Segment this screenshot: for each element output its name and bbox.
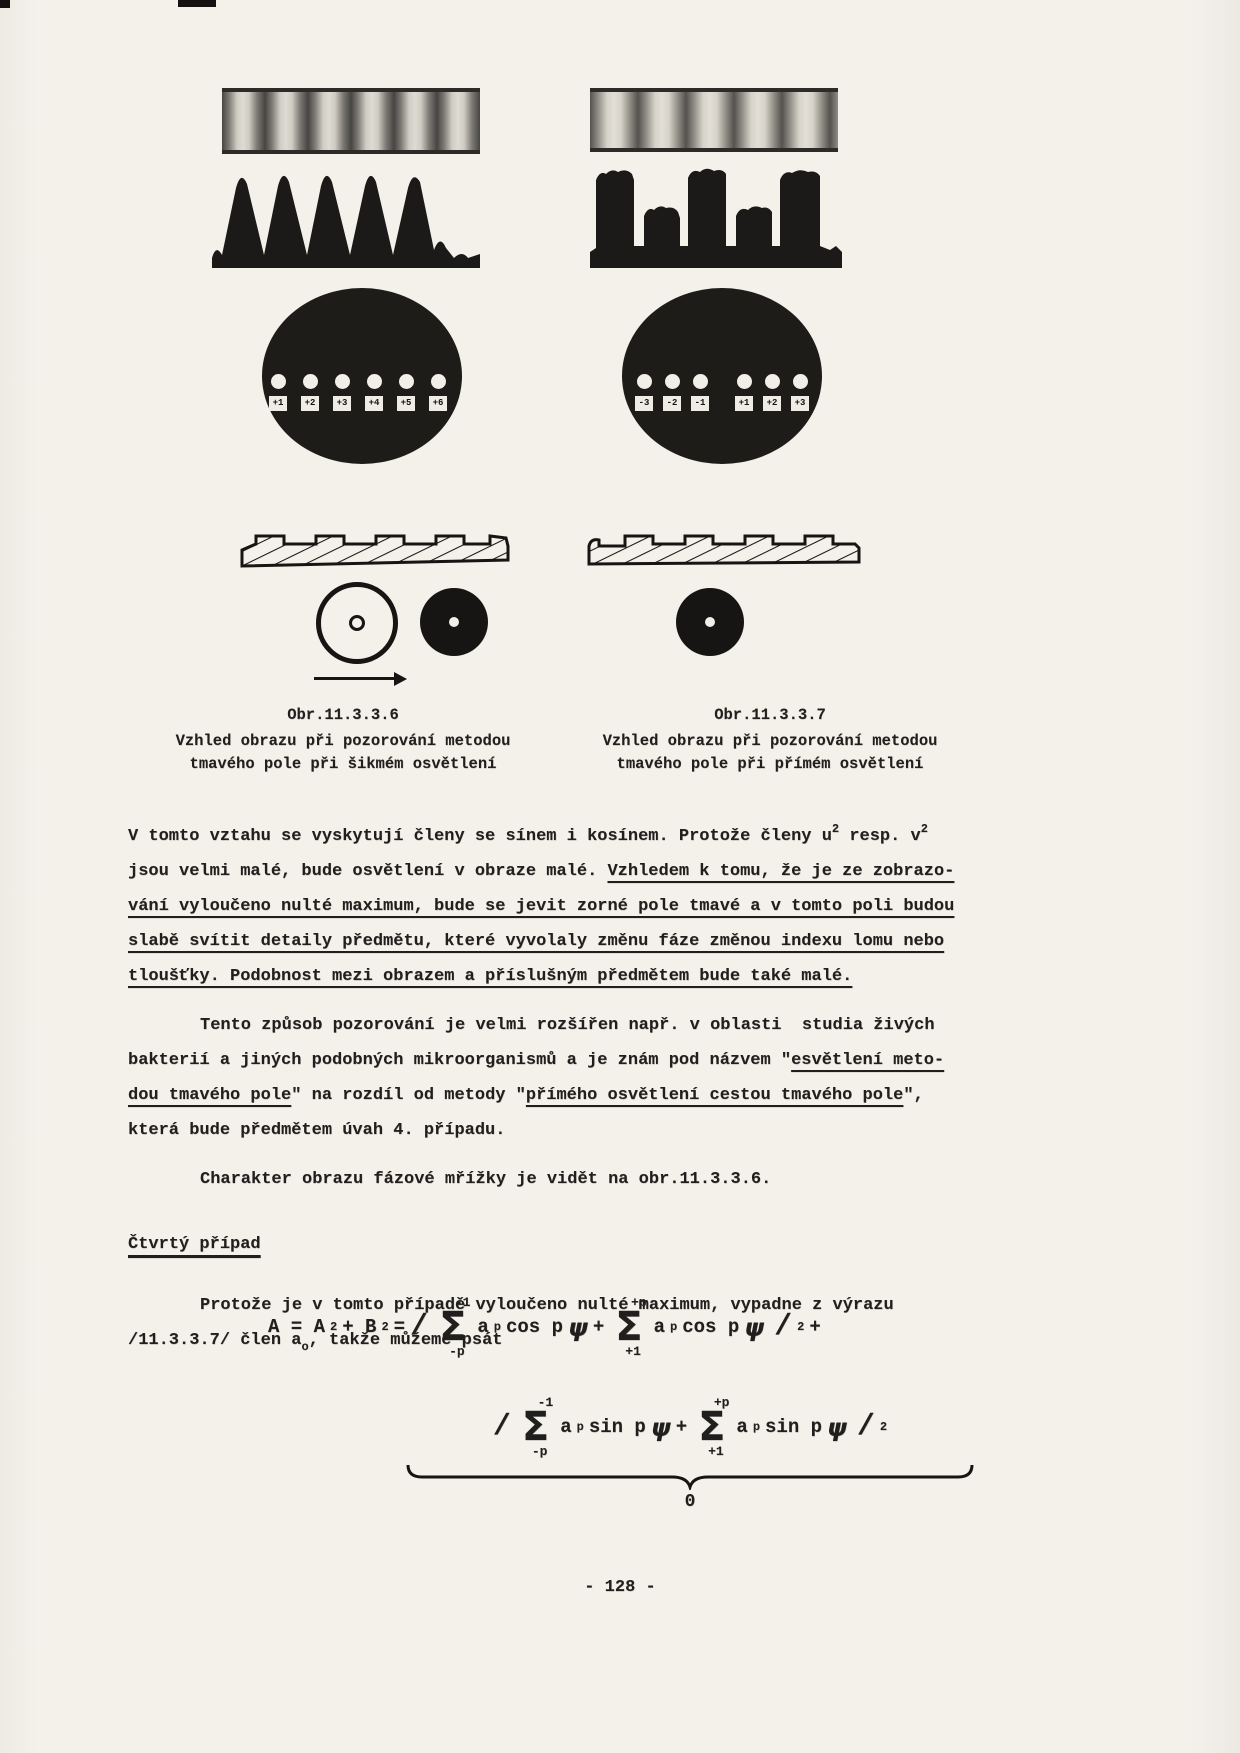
sigma-glyph: Σ [615,1310,642,1344]
diffraction-dot [693,374,708,389]
paragraph: Tento způsob pozorování je velmi rozšíře… [128,1008,978,1148]
diffraction-order-label: +5 [397,396,415,411]
psi-symbol: ψ [744,1313,764,1342]
dark-field-spot-right [676,588,744,656]
diffraction-order-label: -1 [691,396,709,411]
caption-line: Vzhled obrazu při pozorování metodou [560,730,980,753]
paragraph: V tomto vztahu se vyskytují členy se sín… [128,812,978,994]
text-segment: Vzhledem k tomu, že je ze zobrazo- [607,862,954,881]
bright-field-spot [316,582,398,664]
center-dot [705,617,715,627]
formula-superscript: 2 [330,1320,337,1334]
text-segment: resp. v [839,827,921,846]
formula-text: a [654,1316,665,1338]
formula-text: + [676,1416,687,1438]
diffraction-dot [367,374,382,389]
formula-text: A = A [268,1316,325,1338]
diffraction-dot [793,374,808,389]
page-number: - 128 - [0,1578,1240,1597]
text-line: V tomto vztahu se vyskytují členy se sín… [128,812,978,854]
summation-symbol: +pΣ+1 [615,1296,642,1358]
formula-subscript: p [577,1420,584,1434]
formula-superscript: 2 [880,1420,887,1434]
diffraction-order-label: +3 [791,396,809,411]
diffraction-order-label: +2 [301,396,319,411]
fringe-photo-band-right [590,88,838,152]
intensity-profile-left [212,158,480,268]
text-segment: přímého osvětlení cestou tmavého pole [526,1086,903,1105]
scanned-document-page: +1+2+3+4+5+6 Obr.11.3.3.6 Vzhled obrazu … [0,0,1240,1753]
section-heading: Čtvrtý případ [128,1227,978,1262]
delimiter-slash: / [493,1410,511,1444]
diffraction-dot [637,374,652,389]
formula-superscript: 2 [797,1320,804,1334]
formula-text: cos p [682,1316,739,1338]
psi-symbol: ψ [568,1313,588,1342]
scan-artifact [0,0,10,8]
summation-lower-limit: -p [449,1345,465,1358]
diffraction-dot [335,374,350,389]
diffraction-order-label: +3 [333,396,351,411]
sigma-glyph: Σ [698,1410,725,1444]
section-heading-text: Čtvrtý případ [128,1235,261,1254]
text-segment: slabě svítit detaily předmětu, které vyv… [128,932,944,951]
paragraph: Charakter obrazu fázové mřížky je vidět … [128,1162,978,1197]
underbrace-label: 0 [685,1492,696,1512]
text-segment: " na rozdíl od metody " [291,1086,526,1105]
delimiter-slash: / [410,1310,428,1344]
caption-line: tmavého pole při šikmém osvětlení [118,753,568,776]
right-arrow-icon [314,672,408,686]
formula-subscript: p [670,1320,677,1334]
formula-text: sin p [589,1416,646,1438]
diffraction-dot [737,374,752,389]
figure-caption-right: Obr.11.3.3.7 Vzhled obrazu při pozorován… [560,704,980,776]
diffraction-order-label: +6 [429,396,447,411]
caption-line: tmavého pole při přímém osvětlení [560,753,980,776]
intensity-profile-right [590,158,842,268]
diffraction-dot [399,374,414,389]
text-line: bakterií a jiných podobných mikroorganis… [128,1043,978,1078]
summation-lower-limit: +1 [625,1345,641,1358]
summation-symbol: +pΣ+1 [698,1396,725,1458]
psi-symbol: ψ [827,1413,847,1442]
text-line: která bude předmětem úvah 4. případu. [128,1113,978,1148]
body-text: V tomto vztahu se vyskytují členy se sín… [128,812,978,1379]
fringe-photo-band-left [222,88,480,154]
text-segment: bakterií a jiných podobných mikroorganis… [128,1051,791,1070]
formula-text: a [736,1416,747,1438]
text-segment: Tento způsob pozorování je velmi rozšíře… [200,1016,935,1035]
summation-lower-limit: +1 [708,1445,724,1458]
delimiter-slash: / [857,1410,875,1444]
diffraction-order-label: +4 [365,396,383,411]
text-segment: esvětlení meto- [791,1051,944,1070]
dark-field-spot-left [420,588,488,656]
text-line: Charakter obrazu fázové mřížky je vidět … [128,1162,978,1197]
phase-grating-profile-left [238,524,512,570]
diffraction-dot [271,374,286,389]
diffraction-order-label: -2 [663,396,681,411]
underbrace-icon [400,1462,980,1490]
formula-subscript: p [494,1320,501,1334]
text-line: Tento způsob pozorování je velmi rozšíře… [128,1008,978,1043]
text-segment: V tomto vztahu se vyskytují členy se sín… [128,827,832,846]
formula-text: + [593,1316,604,1338]
text-segment: vání vyloučeno nulté maximum, bude se je… [128,897,954,916]
formula-text: + B [342,1316,376,1338]
diffraction-dot [765,374,780,389]
summation-lower-limit: -p [532,1445,548,1458]
center-dot [449,617,459,627]
text-segment: jsou velmi malé, bude osvětlení v obraze… [128,862,607,881]
diffraction-order-label: +2 [763,396,781,411]
formula-subscript: p [753,1420,760,1434]
formula-line-1: A = A2 + B2 = /-1Σ-pap cos p ψ + +pΣ+1ap… [268,1296,821,1358]
formula-text: = [394,1316,405,1338]
formula-text: sin p [765,1416,822,1438]
text-line: dou tmavého pole" na rozdíl od metody "p… [128,1078,978,1113]
summation-symbol: -1Σ-p [522,1396,549,1458]
diffraction-order-label: +1 [269,396,287,411]
diffraction-dot [431,374,446,389]
formula-text: a [477,1316,488,1338]
figure-title: Obr.11.3.3.7 [560,704,980,727]
figure-title: Obr.11.3.3.6 [118,704,568,727]
dark-field-aperture-right: -3-2-1+1+2+3 [622,288,822,464]
text-line: tloušťky. Podobnost mezi obrazem a přísl… [128,959,978,994]
formula-line-2-group: /-1Σ-pap sin p ψ + +pΣ+1ap sin p ψ /2 0 [400,1396,980,1512]
sigma-glyph: Σ [439,1310,466,1344]
text-segment: která bude předmětem úvah 4. případu. [128,1121,505,1140]
text-segment: Charakter obrazu fázové mřížky je vidět … [200,1170,771,1189]
formula-line-2: /-1Σ-pap sin p ψ + +pΣ+1ap sin p ψ /2 [493,1396,887,1458]
text-segment: 2 [921,822,928,836]
diffraction-dot [303,374,318,389]
delimiter-slash: / [774,1310,792,1344]
text-segment: ", [903,1086,923,1105]
text-segment: dou tmavého pole [128,1086,291,1105]
dark-field-aperture-left: +1+2+3+4+5+6 [262,288,462,464]
formula-text: + [809,1316,820,1338]
diffraction-order-label: -3 [635,396,653,411]
psi-symbol: ψ [651,1413,671,1442]
summation-symbol: -1Σ-p [439,1296,466,1358]
diffraction-dot [665,374,680,389]
formula-text: cos p [506,1316,563,1338]
center-ring [349,615,365,631]
scan-artifact [178,0,216,7]
formula-superscript: 2 [381,1320,388,1334]
text-line: jsou velmi malé, bude osvětlení v obraze… [128,854,978,889]
text-line: slabě svítit detaily předmětu, které vyv… [128,924,978,959]
phase-grating-profile-right [585,524,863,570]
figure-caption-left: Obr.11.3.3.6 Vzhled obrazu při pozorován… [118,704,568,776]
sigma-glyph: Σ [522,1410,549,1444]
text-segment: tloušťky. Podobnost mezi obrazem a přísl… [128,967,852,986]
caption-line: Vzhled obrazu při pozorování metodou [118,730,568,753]
diffraction-order-label: +1 [735,396,753,411]
formula-text: a [560,1416,571,1438]
text-line: vání vyloučeno nulté maximum, bude se je… [128,889,978,924]
